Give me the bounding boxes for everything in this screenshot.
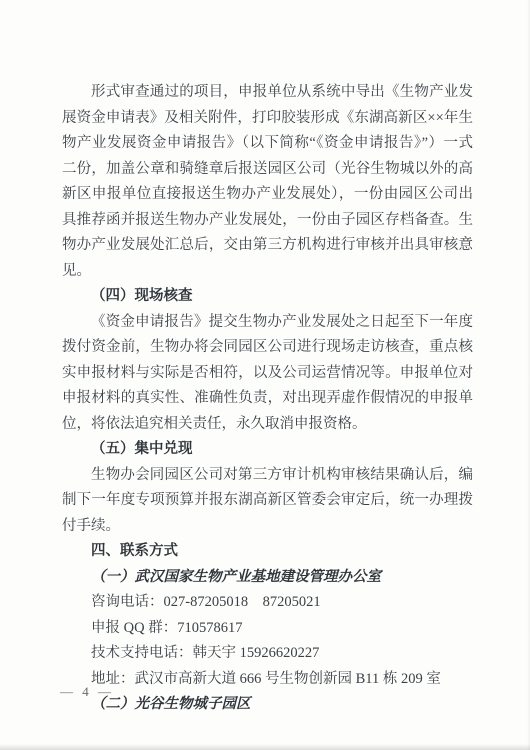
document-body: 形式审查通过的项目，申报单位从系统中导出《生物产业发展资金申请表》及相关附件，打…: [62, 80, 473, 718]
contact-address-value: 武汉市高新大道 666 号生物创新园 B11 栋 209 室: [135, 671, 441, 687]
subheading-office: （一）武汉国家生物产业基地建设管理办公室: [62, 565, 473, 591]
contact-tech-support: 技术支持电话：韩天宇 15926620227: [62, 641, 473, 667]
page-number: — 4 —: [60, 684, 114, 700]
paragraph-site-check: 《资金申请报告》提交生物办产业发展处之日起至下一年度拨付资金前，生物办将会同园区…: [62, 310, 473, 438]
contact-tech-label: 技术支持电话：: [91, 645, 193, 661]
contact-qq-value: 710578617: [177, 620, 242, 636]
contact-phone-value: 027-87205018 87205021: [164, 594, 321, 610]
contact-phone: 咨询电话：027-87205018 87205021: [62, 590, 473, 616]
paragraph-formal-review-submission: 形式审查通过的项目，申报单位从系统中导出《生物产业发展资金申请表》及相关附件，打…: [62, 80, 473, 284]
document-page: 形式审查通过的项目，申报单位从系统中导出《生物产业发展资金申请表》及相关附件，打…: [0, 0, 530, 750]
heading-section-4-site-check: （四）现场核查: [62, 284, 473, 310]
heading-section-5-disbursement: （五）集中兑现: [62, 437, 473, 463]
paragraph-disbursement: 生物办会同园区公司对第三方审计机构审核结果确认后，编制下一年度专项预算并报东湖高…: [62, 463, 473, 540]
contact-address: 地址：武汉市高新大道 666 号生物创新园 B11 栋 209 室: [62, 667, 473, 693]
subheading-subpark: （二）光谷生物城子园区: [62, 692, 473, 718]
heading-contact-info: 四、联系方式: [62, 539, 473, 565]
contact-qq-label: 申报 QQ 群：: [91, 620, 177, 636]
contact-tech-value: 韩天宇 15926620227: [193, 645, 320, 661]
scan-edge-bottom-shadow: [0, 744, 530, 750]
contact-phone-label: 咨询电话：: [91, 594, 164, 610]
contact-qq-group: 申报 QQ 群：710578617: [62, 616, 473, 642]
